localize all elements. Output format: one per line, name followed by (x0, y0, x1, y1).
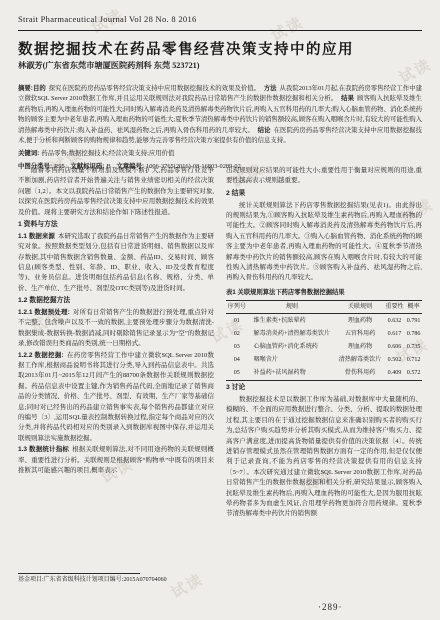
col-header-rule: 规则 (248, 300, 337, 313)
cell-importance: 0.606 (384, 341, 406, 354)
cell-seq: 01 (226, 314, 248, 328)
abstract-objective: 摘要:目的探究在医院药房药品零售经营决策支持中应用数据挖掘技术的效果及价值。 (18, 85, 260, 92)
cell-probability: 0.786 (405, 327, 422, 340)
col-header-assoc: 关联规则 (336, 300, 383, 313)
journal-header: Strait Pharmaceutical Journal Vol 28 No.… (18, 14, 197, 24)
continuation-paragraph: 出现规则对应结果的可能性大小;重要性用于衡量对应规则的用途,重要性越高表示规则越… (226, 166, 422, 187)
col-header-importance: 重要性 (384, 300, 406, 313)
author-line: 林淑芳(广东省东莞市塘厦医院药剂科 东莞 523721) (18, 60, 200, 71)
cell-seq: 03 (226, 341, 248, 354)
discussion-text: 数据挖掘技术是以数据工作库为基础,对数据库中大量随机的、模糊的、不全面的应用数据… (226, 396, 422, 517)
table-row: 03 心脑血管药+消化系统药 理血药物 0.606 0.735 (226, 341, 422, 354)
cell-assoc: 五官科用药 (336, 327, 383, 340)
page-number: ·289· (318, 602, 343, 612)
cell-importance: 0.409 (384, 367, 406, 381)
funding-footnote: 基金项目:广东省省级科技计划项目编号:2015A070704060 (18, 573, 214, 586)
cell-assoc: 理血药物 (336, 314, 383, 328)
section-1-3-paragraph: 1.3 数据统计指标根据关联规则算法,对不同用途药物的关联规则概率、重要性进行分… (18, 445, 214, 476)
section-1-2-2-label: 1.2.2 数据挖掘: (18, 352, 64, 359)
intro-text: 随着零售药店数量不断增加及规模不断扩大,药品零售行业竞争不断加剧,药店经营者开始… (18, 167, 214, 216)
cell-importance: 0.632 (384, 314, 406, 328)
col-header-probability: 概率 (405, 300, 422, 313)
keywords-label: 关键词: (18, 150, 39, 157)
abstract-objective-text: 探究在医院药房药品零售经营决策支持中应用数据挖掘技术的效果及价值。 (49, 85, 260, 92)
cell-rule: 心脑血管药+消化系统药 (248, 341, 337, 354)
results-paragraph: 统计关联规则算法下药店零售数据挖掘结果(见表1)。由此得出的规则结果为,①顾客购… (226, 201, 422, 284)
intro-paragraph: 随着零售药店数量不断增加及规模不断扩大,药品零售行业竞争不断加剧,药店经营者开始… (18, 166, 214, 218)
keywords-line: 关键词:药品零售;数据挖掘技术;经营决策支持;应用价值 (18, 149, 422, 159)
cell-probability: 0.712 (405, 354, 422, 367)
abstract-methods-label: 方法 (264, 85, 277, 92)
section-3-heading: 3 讨论 (226, 383, 422, 394)
body-columns: 随着零售药店数量不断增加及规模不断扩大,药品零售行业竞争不断加剧,药店经营者开始… (18, 166, 422, 586)
continuation-text: 出现规则对应结果的可能性大小;重要性用于衡量对应规则的用途,重要性越高表示规则越… (226, 167, 422, 184)
results-table: 序列号 规则 关联规则 重要性 概率 01 维生素类+抗眩晕药 理血药物 0.6… (226, 300, 422, 381)
table-row: 05 补益药+祛风湿药物 骨伤科用药 0.409 0.572 (226, 367, 422, 381)
section-1-1-paragraph: 1.1 数据来源本研究选取了我院药品日常销售产生的数据作为主要研究对象。按照数据… (18, 232, 214, 294)
cell-seq: 02 (226, 327, 248, 340)
section-1-2-1-label: 1.2.1 数据预处理: (18, 309, 70, 316)
paper-page: 试读 试读 试读 试读 试读 试读 试读 试读 试读 试读 试读 试读 Stra… (0, 0, 440, 620)
cell-probability: 0.572 (405, 367, 422, 381)
right-column: 出现规则对应结果的可能性大小;重要性用于衡量对应规则的用途,重要性越高表示规则越… (226, 166, 422, 586)
footnote-divider (18, 573, 140, 574)
section-1-2-2-paragraph: 1.2.2 数据挖掘:在药房零售经营工作中建立微软SQL Server 2010… (18, 351, 214, 445)
cell-probability: 0.735 (405, 341, 422, 354)
cell-importance: 0.502 (384, 354, 406, 367)
cell-rule: 咽喉含片 (248, 354, 337, 367)
results-table-header: 序列号 规则 关联规则 重要性 概率 (226, 300, 422, 313)
section-1-2-heading: 1.2 数据挖掘方法 (18, 296, 214, 307)
header-divider (18, 30, 422, 31)
table-row: 04 咽喉含片 清热解毒类饮片 0.502 0.712 (226, 354, 422, 367)
results-text: 统计关联规则算法下药店零售数据挖掘结果(见表1)。由此得出的规则结果为,①顾客购… (226, 202, 422, 282)
table-row: 01 维生素类+抗眩晕药 理血药物 0.632 0.791 (226, 314, 422, 328)
table-row: 02 解毒消炎药+清热解毒类饮片 五官科用药 0.617 0.786 (226, 327, 422, 340)
front-matter: 摘要:目的探究在医院药房药品零售经营决策支持中应用数据挖掘技术的效果及价值。 方… (18, 84, 422, 172)
cell-importance: 0.617 (384, 327, 406, 340)
col-header-seq: 序列号 (226, 300, 248, 313)
section-1-2-2-text: 在药房零售经营工作中建立微软SQL Server 2010数据工作库,根据商品说… (18, 352, 214, 442)
table-caption: 表1 关联规则算法下药店零售数据挖掘结果 (226, 288, 422, 298)
cell-assoc: 清热解毒类饮片 (336, 354, 383, 367)
funding-text: 基金项目:广东省省级科技计划项目编号:2015A070704060 (18, 577, 167, 583)
discussion-paragraph: 数据挖掘技术是以数据工作库为基础,对数据库中大量随机的、模糊的、不全面的应用数据… (226, 395, 422, 520)
cell-rule: 解毒消炎药+清热解毒类饮片 (248, 327, 337, 340)
section-2-heading: 2 结果 (226, 189, 422, 200)
cell-probability: 0.791 (405, 314, 422, 328)
cell-rule: 维生素类+抗眩晕药 (248, 314, 337, 328)
article-title: 数据挖掘技术在药品零售经营决策支持中的应用 (18, 38, 422, 59)
cell-assoc: 理血药物 (336, 341, 383, 354)
cell-seq: 04 (226, 354, 248, 367)
cell-rule: 补益药+祛风湿药物 (248, 367, 337, 381)
left-column: 随着零售药店数量不断增加及规模不断扩大,药品零售行业竞争不断加剧,药店经营者开始… (18, 166, 214, 586)
abstract-results-label: 结果 (341, 95, 354, 102)
cell-assoc: 骨伤科用药 (336, 367, 383, 381)
section-1-heading: 1 资料与方法 (18, 220, 214, 231)
cell-seq: 05 (226, 367, 248, 381)
section-1-1-text: 本研究选取了我院药品日常销售产生的数据作为主要研究对象。按照数据类型划分,包括有… (18, 233, 214, 292)
section-1-2-1-paragraph: 1.2.1 数据预处理:对所有日常销售产生的数据进行预处理,重点针对不完整、包含… (18, 308, 214, 350)
abstract-objective-label: 摘要:目的 (18, 85, 46, 92)
keywords-text: 药品零售;数据挖掘技术;经营决策支持;应用价值 (41, 150, 174, 157)
section-1-1-label: 1.1 数据来源 (18, 233, 55, 240)
section-1-3-label: 1.3 数据统计指标 (18, 446, 69, 453)
abstract-block: 摘要:目的探究在医院药房药品零售经营决策支持中应用数据挖掘技术的效果及价值。 方… (18, 84, 422, 146)
abstract-conclusion-label: 结论 (258, 127, 271, 134)
